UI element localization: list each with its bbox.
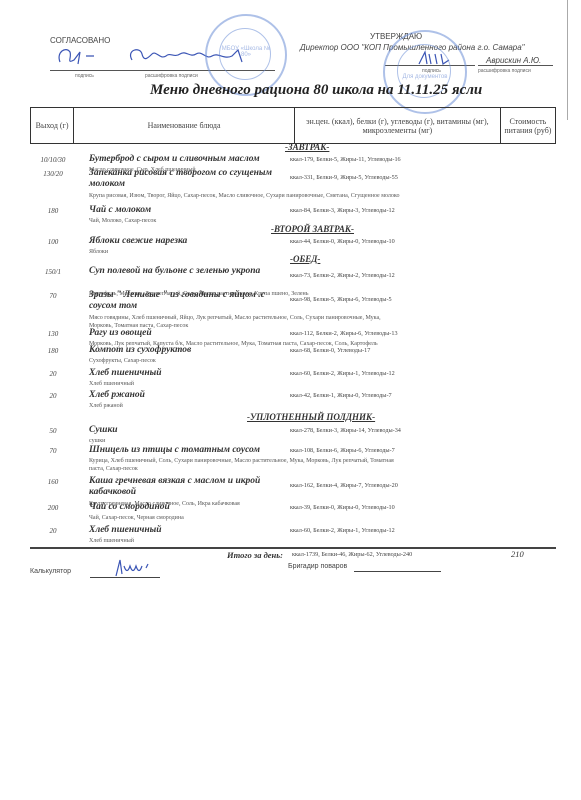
- item-name: Хлеб ржаной: [89, 390, 294, 401]
- section-title: -УПЛОТНЕННЫЙ ПОЛДНИК-: [247, 412, 375, 422]
- item-name: Запеканка рисовая с творогом со сгущеным…: [89, 168, 294, 190]
- stamp-right-text: Для документов: [400, 74, 450, 80]
- column-header-cost: Стоимость питания (руб): [500, 108, 555, 144]
- page-edge: [567, 0, 568, 120]
- item-ingredients: сушки: [89, 437, 105, 445]
- totals-cost: 210: [511, 549, 524, 559]
- item-yield: 70: [30, 292, 76, 300]
- page-title: Меню дневного рациона 80 школа на 11.11.…: [150, 82, 482, 99]
- menu-table-header: Выход (г) Наименование блюда эн.цен. (кк…: [30, 107, 556, 144]
- item-name: Шницель из птицы с томатным соусом: [89, 445, 294, 456]
- item-yield: 70: [30, 447, 76, 455]
- signature-label-left: подпись: [75, 73, 94, 79]
- item-ingredients: Крупа рисовая, Изюм, Творог, Яйцо, Сахар…: [89, 192, 400, 200]
- section-title: -ЗАВТРАК-: [285, 142, 329, 152]
- item-ingredients: Яблоки: [89, 248, 108, 256]
- item-ingredients: Чай, Сахар-песок, Черная смородина: [89, 514, 184, 522]
- item-name: Чай с молоком: [89, 205, 294, 216]
- item-yield: 180: [30, 207, 76, 215]
- name-line-right: [478, 65, 553, 66]
- item-ingredients: Сухофрукты, Сахар-песок: [89, 357, 156, 365]
- item-ingredients: Чай, Молоко, Сахар-песок: [89, 217, 156, 225]
- item-ingredients-continued: паста, Сахар-песок: [89, 465, 138, 473]
- item-ingredients: Хлеб пшеничный: [89, 537, 134, 545]
- calculator-signature-line: [90, 577, 160, 578]
- item-nutrition: ккал-73, Белки-2, Жиры-2, Углеводы-12: [290, 272, 395, 279]
- item-name: Компот из сухофруктов: [89, 345, 294, 356]
- item-ingredients: Хлеб пшеничный: [89, 380, 134, 388]
- item-nutrition: ккал-84, Белки-3, Жиры-3, Углеводы-12: [290, 207, 395, 214]
- column-header-nutrition: эн.цен. (ккал), белки (г), углеводы (г),…: [294, 108, 500, 144]
- item-nutrition: ккал-179, Белки-5, Жиры-11, Углеводы-16: [290, 156, 401, 163]
- signature-decode-label-right: расшифровка подписи: [478, 68, 531, 74]
- item-name: Хлеб пшеничный: [89, 525, 294, 536]
- item-yield: 20: [30, 527, 76, 535]
- item-name: Суп полевой на бульоне с зеленью укропа: [89, 266, 294, 277]
- item-nutrition: ккал-68, Белки-0, Углеводы-17: [290, 347, 370, 354]
- section-title: -ВТОРОЙ ЗАВТРАК-: [271, 224, 354, 234]
- calculator-label: Калькулятор: [30, 568, 71, 575]
- item-yield: 130/20: [30, 170, 76, 178]
- column-header-yield: Выход (г): [31, 108, 74, 144]
- item-ingredients: Хлеб ржаной: [89, 402, 123, 410]
- item-nutrition: ккал-39, Белки-0, Жиры-0, Углеводы-10: [290, 504, 395, 511]
- item-nutrition: ккал-44, Белки-0, Жиры-0, Углеводы-10: [290, 238, 395, 245]
- signature-decode-label-left: расшифровка подписи: [145, 73, 198, 79]
- item-yield: 180: [30, 347, 76, 355]
- item-nutrition: ккал-278, Белки-3, Жиры-14, Углеводы-34: [290, 427, 401, 434]
- calculator-signature: [110, 558, 150, 578]
- item-yield: 20: [30, 370, 76, 378]
- chef-signature-line: [354, 571, 441, 572]
- stamp-right: Для документов: [383, 30, 467, 114]
- item-name: Чай со смородиной: [89, 502, 294, 513]
- item-yield: 100: [30, 238, 76, 246]
- item-name: Хлеб пшеничный: [89, 368, 294, 379]
- item-yield: 130: [30, 330, 76, 338]
- item-ingredients: Курица, Хлеб пшеничный, Соль, Сухари пан…: [89, 457, 394, 465]
- item-ingredients: Мясо говядины, Хлеб пшеничный, Яйцо, Лук…: [89, 314, 381, 322]
- item-name: Рагу из овощей: [89, 328, 294, 339]
- totals-label: Итого за день:: [227, 550, 283, 560]
- item-nutrition: ккал-108, Белки-6, Жиры-6, Углеводы-7: [290, 447, 395, 454]
- chef-label: Бригадир поваров: [288, 563, 347, 570]
- item-yield: 20: [30, 392, 76, 400]
- item-name: Сушки: [89, 425, 294, 436]
- item-nutrition: ккал-162, Белки-4, Жиры-7, Углеводы-20: [290, 482, 398, 489]
- director-name: Аврискин А.Ю.: [486, 56, 541, 65]
- item-nutrition: ккал-60, Белки-2, Жиры-1, Углеводы-12: [290, 370, 395, 377]
- item-nutrition: ккал-112, Белки-2, Жиры-6, Углеводы-13: [290, 330, 398, 337]
- item-name: Яблоки свежие нарезка: [89, 236, 294, 247]
- item-yield: 10/10/30: [30, 156, 76, 164]
- item-name: Каша гречневая вязкая с маслом и икрой к…: [89, 476, 294, 498]
- stamp-left-text: МБОУ «Школа № 80»: [221, 46, 271, 58]
- item-nutrition: ккал-98, Белки-5, Жиры-6, Углеводы-5: [290, 296, 392, 303]
- item-nutrition: ккал-331, Белки-9, Жиры-5, Углеводы-55: [290, 174, 398, 181]
- totals-value: ккал-1739, Белки-46, Жиры-62, Углеводы-2…: [292, 551, 412, 558]
- item-name: Зразы " Ленивые " из говядины с яйцом .с…: [89, 290, 294, 312]
- item-yield: 200: [30, 504, 76, 512]
- item-nutrition: ккал-42, Белки-1, Жиры-0, Углеводы-7: [290, 392, 392, 399]
- item-name: Бутерброд с сыром и сливочным маслом: [89, 154, 294, 165]
- item-yield: 50: [30, 427, 76, 435]
- item-yield: 150/1: [30, 268, 76, 276]
- section-title: -ОБЕД-: [290, 254, 320, 264]
- item-yield: 160: [30, 478, 76, 486]
- column-header-name: Наименование блюда: [74, 108, 295, 144]
- totals-divider: [30, 547, 556, 549]
- item-nutrition: ккал-60, Белки-2, Жиры-1, Углеводы-12: [290, 527, 395, 534]
